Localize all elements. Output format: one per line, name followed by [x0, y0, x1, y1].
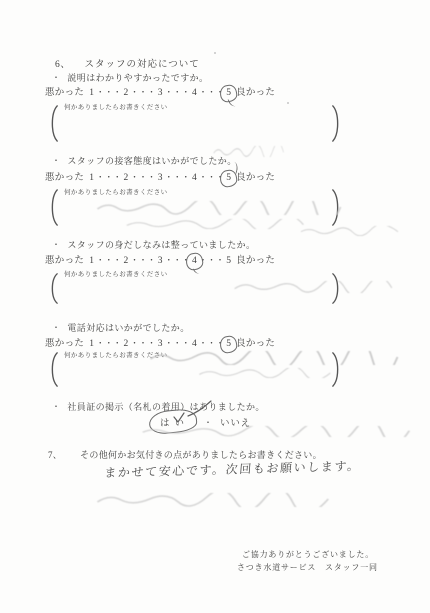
- bleedthrough-mark: [95, 493, 333, 507]
- bullet-icon: ・: [52, 240, 60, 249]
- scale-low-label: 悪かった: [45, 339, 84, 349]
- rating-number: 3: [157, 173, 164, 183]
- bleedthrough-mark: [198, 368, 333, 378]
- question-text: 説明はわかりやすかったですか。: [67, 73, 208, 83]
- rating-number: 4: [191, 339, 198, 349]
- comment-prompt: 何かありましたらお書きください: [64, 187, 168, 196]
- section-6-title: スタッフの対応について: [84, 60, 199, 70]
- scan-speck: [287, 102, 289, 104]
- rating-number: 3: [157, 88, 164, 98]
- rating-dots: ・・・: [130, 338, 156, 348]
- bleedthrough-mark: [213, 146, 285, 157]
- bullet-icon: ・: [52, 156, 60, 165]
- rating-scale-attitude: 悪かった1・・・2・・・3・・・4・・・5良かった: [45, 169, 275, 183]
- rating-sequence: 1・・・2・・・3・・・4・・・5: [88, 88, 232, 98]
- rating-number: 4: [191, 173, 198, 183]
- comment-bracket-left: [48, 105, 59, 142]
- rating-dots: ・・・: [164, 172, 190, 182]
- section-7-number: 7、: [48, 450, 62, 460]
- rating-number-selected: 4: [191, 256, 198, 266]
- scan-speck: [214, 52, 216, 54]
- rating-number: 2: [122, 88, 129, 98]
- comment-bracket-left: [48, 273, 59, 304]
- comment-prompt: 何かありましたらお書きください: [64, 269, 168, 278]
- bleedthrough-mark: [125, 219, 307, 229]
- question-employee-id: ・社員証の掲示（名札の着用）はありましたか。: [52, 400, 265, 413]
- rating-dots: ・・・: [164, 87, 190, 97]
- closing-signature: さつき水道サービス スタッフ一同: [237, 562, 378, 573]
- rating-number: 1: [88, 173, 95, 183]
- rating-dots: ・・・: [130, 87, 156, 97]
- rating-dots: ・・・: [96, 87, 122, 97]
- bleedthrough-mark: [300, 226, 400, 236]
- rating-sequence: 1・・・2・・・3・・・4・・・5: [88, 173, 232, 183]
- scale-high-label: 良かった: [236, 339, 275, 349]
- scale-high-label: 良かった: [236, 88, 275, 98]
- rating-dots: ・・・: [164, 338, 190, 348]
- rating-dots: ・・・: [96, 172, 122, 182]
- comment-bracket-right: [331, 105, 342, 142]
- bullet-icon: ・: [52, 402, 60, 411]
- rating-scale-grooming: 悪かった1・・・2・・・3・・・4・・・5良かった: [45, 252, 275, 266]
- scale-low-label: 悪かった: [45, 256, 84, 266]
- comment-bracket-left: [48, 189, 59, 226]
- comment-prompt: 何かありましたらお書きください: [64, 102, 168, 111]
- rating-dots: ・・・: [96, 338, 122, 348]
- scanned-survey-page: 6、スタッフの対応について ・説明はわかりやすかったですか。 悪かった1・・・2…: [0, 0, 430, 613]
- bullet-icon: ・: [52, 73, 60, 82]
- rating-number: 1: [88, 88, 95, 98]
- bleedthrough-mark: [140, 426, 412, 437]
- rating-dots: ・・・: [130, 255, 156, 265]
- rating-number: 2: [122, 256, 129, 266]
- rating-number-selected: 5: [225, 88, 232, 98]
- scale-high-label: 良かった: [236, 256, 275, 266]
- bleedthrough-mark: [148, 351, 400, 365]
- scale-high-label: 良かった: [236, 173, 275, 183]
- handwritten-check-icon: [172, 411, 186, 424]
- question-text: スタッフの身だしなみは整っていましたか。: [67, 240, 255, 250]
- rating-dots: ・・・: [96, 255, 122, 265]
- rating-scale-phone: 悪かった1・・・2・・・3・・・4・・・5良かった: [45, 335, 275, 349]
- rating-number: 4: [191, 88, 198, 98]
- section-6-number: 6、: [55, 60, 70, 70]
- comment-bracket-left: [48, 352, 59, 387]
- rating-number: 5: [225, 256, 232, 266]
- bullet-icon: ・: [52, 323, 60, 332]
- question-text: 電話対応はいかがでしたか。: [67, 323, 189, 333]
- rating-number-selected: 5: [225, 339, 232, 349]
- rating-dots: ・・・: [130, 172, 156, 182]
- rating-scale-explanation: 悪かった1・・・2・・・3・・・4・・・5良かった: [45, 84, 275, 98]
- bleedthrough-mark: [95, 201, 343, 215]
- handwritten-circle-tail: [186, 399, 213, 417]
- scale-low-label: 悪かった: [45, 173, 84, 183]
- rating-number: 1: [88, 256, 95, 266]
- rating-number: 3: [157, 256, 164, 266]
- question-explanation: ・説明はわかりやすかったですか。: [52, 71, 208, 84]
- scale-low-label: 悪かった: [45, 88, 84, 98]
- rating-sequence: 1・・・2・・・3・・・4・・・5: [88, 339, 232, 349]
- bleedthrough-mark: [233, 281, 395, 293]
- section-6-header: 6、スタッフの対応について: [55, 56, 200, 70]
- question-grooming: ・スタッフの身だしなみは整っていましたか。: [52, 238, 255, 251]
- rating-number: 1: [88, 339, 95, 349]
- question-phone: ・電話対応はいかがでしたか。: [52, 321, 190, 334]
- rating-sequence: 1・・・2・・・3・・・4・・・5: [88, 256, 232, 266]
- rating-number-selected: 5: [225, 173, 232, 183]
- rating-number: 2: [122, 339, 129, 349]
- closing-thanks: ご協力ありがとうございました。: [242, 549, 374, 560]
- rating-number: 3: [157, 339, 164, 349]
- rating-number: 2: [122, 173, 129, 183]
- question-attitude: ・スタッフの接客態度はいかがでしたか。: [52, 154, 237, 167]
- question-text: スタッフの接客態度はいかがでしたか。: [67, 156, 236, 166]
